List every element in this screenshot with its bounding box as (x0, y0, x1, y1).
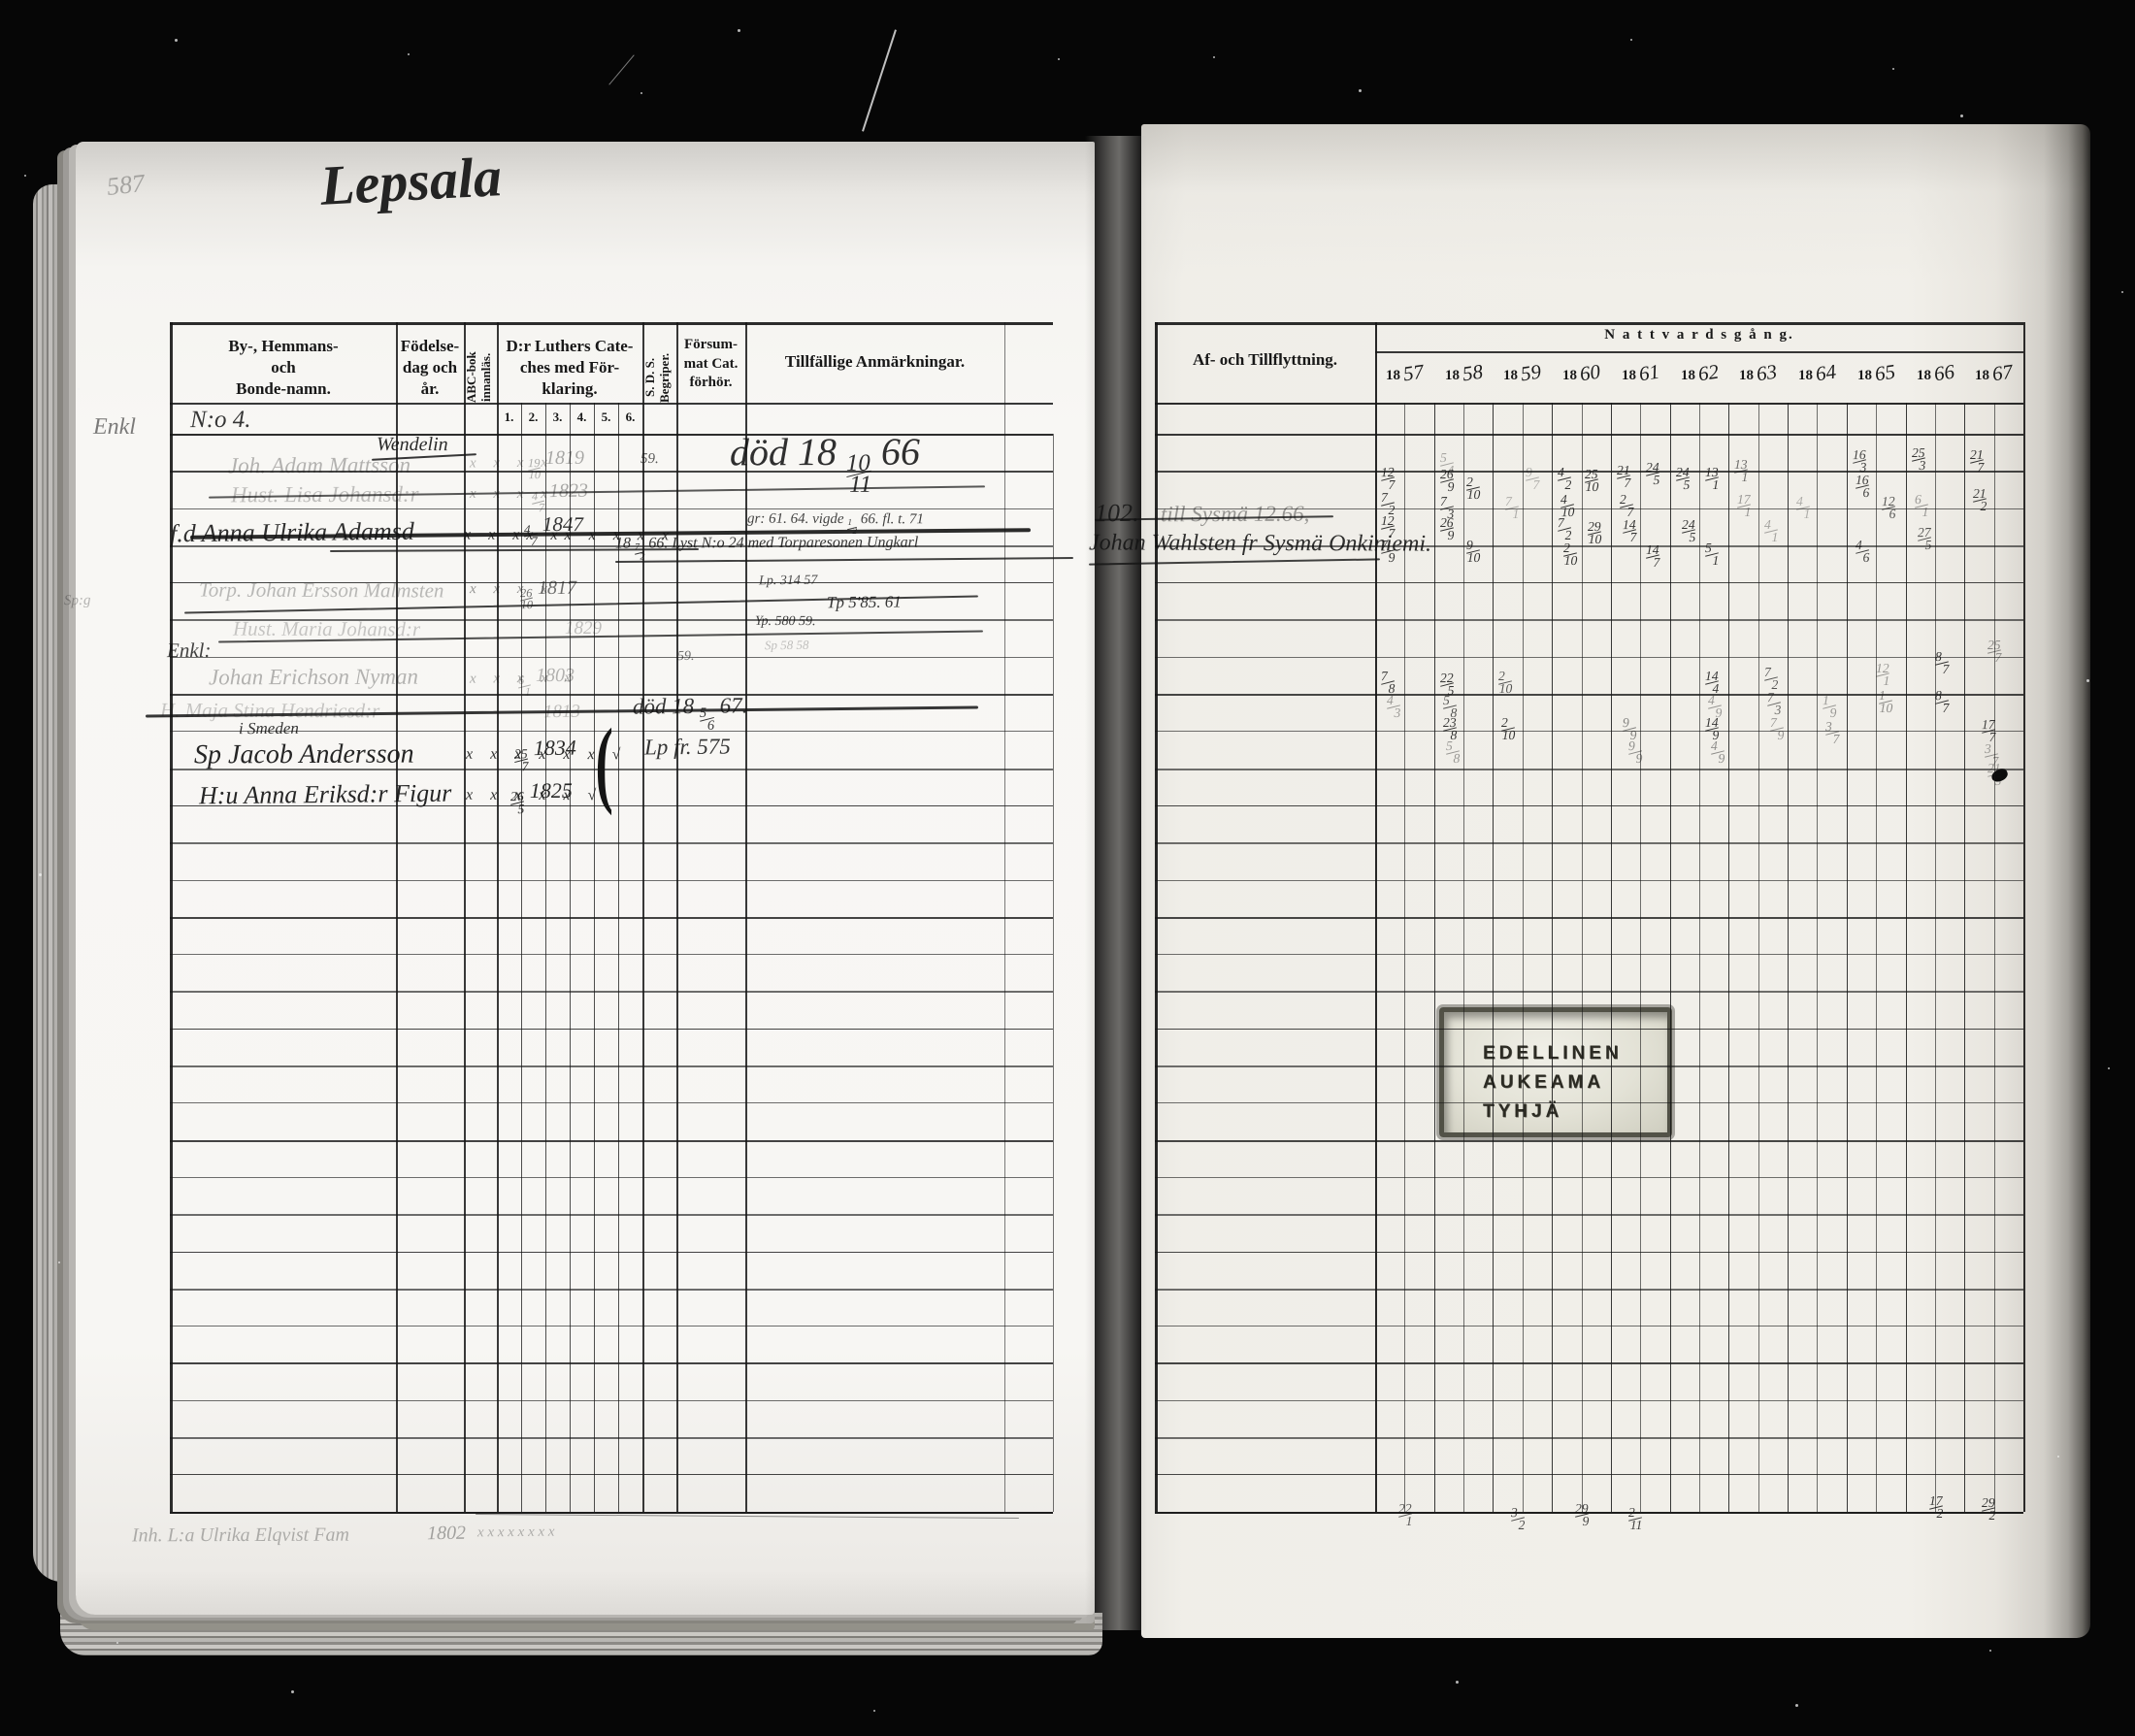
communion-mark: 41 (1764, 508, 1778, 543)
dust-speck (2057, 1456, 2059, 1458)
remark-note: 59. (677, 650, 695, 664)
dust-speck (1960, 115, 1963, 117)
remark-note: död 18 56 67. (633, 694, 748, 732)
dust-speck (1795, 1704, 1798, 1707)
table-rule (1155, 1177, 2023, 1178)
table-rule (618, 403, 619, 1512)
dust-speck (39, 873, 42, 876)
dust-speck (1892, 68, 1894, 70)
communion-mark: 299 (1575, 1492, 1589, 1527)
catechism-part-number: 4. (570, 409, 594, 426)
table-rule (170, 1102, 1053, 1103)
communion-mark: 910 (1466, 529, 1480, 564)
left-header-catechism: D:r Luthers Cate- ches med För- klaring. (498, 336, 641, 400)
table-rule (1155, 991, 2023, 993)
scanned-parish-register: 587 Lepsala By-, Hemmans- och Bonde-namn… (0, 0, 2135, 1736)
table-rule (1582, 403, 1583, 1512)
table-rule (170, 322, 1053, 325)
table-rule (1964, 403, 1965, 1512)
catechism-marks: x x x x x x √ (466, 747, 627, 764)
left-header-name: By-, Hemmans- och Bonde-namn. (172, 336, 395, 400)
table-rule (745, 322, 747, 1512)
previous-spread-empty-slip: EDELLINEN AUKEAMA TYHJÄ (1439, 1007, 1672, 1137)
table-rule (1817, 403, 1818, 1512)
table-rule (1004, 322, 1005, 1512)
table-rule (1155, 954, 2023, 955)
communion-mark: 43 (1387, 684, 1400, 719)
table-rule (570, 403, 571, 1512)
table-rule (170, 842, 1053, 844)
year-label: 1857 (1375, 361, 1434, 385)
right-header-moves: Af- och Tillflyttning. (1156, 349, 1374, 371)
communion-mark: 221 (1398, 1492, 1413, 1527)
page-title: Lepsala (319, 148, 504, 214)
communion-mark: 215 (1987, 752, 2002, 787)
table-rule (1670, 403, 1671, 1512)
communion-mark: 147 (1623, 508, 1637, 543)
dust-speck (58, 1261, 60, 1263)
communion-mark: 245 (1646, 451, 1659, 486)
table-rule (1155, 842, 2023, 844)
table-rule (1155, 1102, 2023, 1103)
table-rule (170, 322, 173, 1512)
communion-mark: 245 (1682, 508, 1695, 543)
table-rule (1155, 434, 2023, 436)
communion-mark: 110 (1879, 679, 1892, 714)
table-rule (170, 1140, 1053, 1142)
communion-mark: 210 (1501, 706, 1515, 741)
table-rule (170, 1362, 1053, 1364)
table-rule (1155, 1289, 2023, 1291)
dust-speck (2086, 679, 2089, 682)
table-rule (1155, 1512, 2023, 1514)
communion-mark: 275 (1918, 516, 1932, 551)
communion-mark: 131 (1705, 456, 1719, 491)
table-rule (170, 694, 1053, 696)
table-rule (1155, 694, 2023, 696)
table-rule (1155, 1362, 2023, 1364)
handwritten-entry: Johan Erichson Nyman (209, 666, 418, 689)
communion-mark: 257 (1987, 629, 2001, 664)
bottom-faint-entry: Inh. L:a Ulrika Elqvist Fam (132, 1525, 349, 1546)
table-rule (1155, 1400, 2023, 1401)
communion-mark: 58 (1446, 730, 1460, 765)
communion-mark: 171 (1737, 483, 1751, 518)
table-rule (642, 322, 644, 1512)
handwritten-entry: f.d Anna Ulrika Adamsd (170, 519, 414, 547)
table-rule (1788, 403, 1789, 1512)
table-rule (1155, 657, 2023, 658)
communion-mark: 217 (1970, 439, 1984, 474)
communion-mark: 212 (1973, 477, 1987, 512)
communion-mark: 210 (1563, 532, 1577, 567)
left-header-missed: Försum- mat Cat. förhör. (677, 336, 744, 393)
table-rule (1155, 1252, 2023, 1253)
table-rule (1404, 403, 1405, 1512)
communion-mark: 71 (1505, 485, 1519, 520)
communion-mark: 210 (1498, 660, 1512, 695)
table-rule (1155, 805, 2023, 806)
dust-speck (1456, 1681, 1459, 1684)
communion-mark: 87 (1935, 640, 1949, 675)
table-rule (1523, 403, 1524, 1512)
table-rule (1155, 880, 2023, 881)
communion-mark: 41 (1796, 485, 1810, 520)
table-rule (170, 1252, 1053, 1253)
catechism-marks: x x x x (470, 582, 554, 597)
table-rule (1463, 403, 1464, 1512)
catechism-part-number: 6. (618, 409, 642, 426)
right-header-communion: N a t t v a r d s g å n g. (1375, 326, 2023, 345)
communion-mark: 126 (1882, 485, 1896, 520)
communion-mark: 2510 (1585, 458, 1598, 493)
table-rule (464, 322, 466, 1512)
communion-mark: 147 (1646, 534, 1659, 569)
book-spine-gutter (1085, 136, 1147, 1630)
communion-mark: 87 (1935, 679, 1950, 714)
table-rule (1155, 322, 2023, 325)
table-rule (170, 1400, 1053, 1401)
table-rule (1728, 403, 1729, 1512)
table-rule (170, 917, 1053, 919)
catechism-marks: x x x x x √ (466, 788, 603, 803)
margin-note: Enkl: (167, 640, 212, 661)
table-rule (1375, 351, 2023, 353)
table-rule (170, 1029, 1053, 1030)
communion-mark: 210 (1466, 466, 1480, 501)
table-rule (1155, 1065, 2023, 1067)
catechism-part-number: 3. (545, 409, 570, 426)
table-rule (170, 1214, 1053, 1216)
table-rule (1640, 403, 1641, 1512)
table-rule (1155, 582, 2023, 583)
table-rule (170, 1512, 1053, 1514)
table-rule (170, 991, 1053, 993)
catechism-part-number: 5. (594, 409, 618, 426)
communion-mark: 32 (1511, 1496, 1526, 1531)
catechism-part-number: 2. (521, 409, 545, 426)
year-label: 1866 (1906, 361, 1965, 385)
table-rule (170, 1289, 1053, 1291)
table-rule (170, 880, 1053, 881)
page-stack-left-edge (33, 184, 76, 1582)
dust-speck (175, 39, 178, 42)
table-rule (170, 731, 1053, 732)
margin-note: Sp:g (64, 594, 91, 608)
dust-speck (738, 29, 740, 32)
communion-mark: 253 (1912, 437, 1925, 472)
left-header-remarks: Tillfällige Anmärkningar. (746, 351, 1003, 373)
year-label: 1864 (1788, 361, 1847, 385)
film-scratch (862, 29, 897, 131)
table-rule (1155, 1474, 2023, 1475)
year-label: 1860 (1552, 361, 1611, 385)
year-label: 1865 (1847, 361, 1906, 385)
handwritten-entry: H:u Anna Eriksd:r Figur (199, 781, 451, 809)
communion-mark: 49 (1711, 730, 1724, 765)
handwritten-entry: Hust. Maria Johansd:r (233, 619, 420, 640)
margin-note: Enkl (93, 415, 136, 439)
remark-note: Tp 5'85. 61 (827, 594, 902, 611)
remark-note: Lp fr. 575 (644, 736, 731, 759)
communion-mark: 2910 (1588, 510, 1601, 545)
communion-mark: 131 (1734, 448, 1748, 483)
table-rule (1155, 769, 2023, 770)
table-rule (170, 1474, 1053, 1475)
table-rule (1155, 322, 1158, 1512)
migration-note: till Sysmä 12.66, (1161, 503, 1309, 526)
communion-mark: 99 (1628, 730, 1643, 765)
communion-mark: 269 (1440, 507, 1454, 541)
year-label: 1859 (1493, 361, 1552, 385)
remark-note: Yp. 580 59. (755, 615, 816, 629)
table-rule (1552, 403, 1553, 1512)
table-rule (170, 657, 1053, 658)
table-rule (1434, 403, 1435, 1512)
communion-mark: 292 (1982, 1487, 1995, 1522)
year-label: 1867 (1964, 361, 2023, 385)
table-rule (1155, 1029, 2023, 1030)
handwritten-entry: Sp Jacob Andersson (194, 741, 414, 770)
catechism-part-number: 1. (497, 409, 521, 426)
dust-speck (116, 1642, 118, 1644)
migration-note: 102. (1095, 501, 1139, 526)
table-rule (1994, 403, 1995, 1512)
communion-mark: 51 (1705, 532, 1719, 567)
dust-speck (1058, 58, 1060, 60)
communion-mark: 172 (1929, 1485, 1943, 1520)
communion-mark: 79 (1770, 706, 1784, 741)
year-label: 1858 (1434, 361, 1494, 385)
catechism-marks: x x x x x (470, 671, 577, 686)
communion-mark: 46 (1856, 529, 1870, 564)
communion-mark: 97 (1526, 456, 1539, 491)
table-rule (1155, 1326, 2023, 1327)
dust-speck (291, 1690, 294, 1693)
table-rule (1906, 403, 1907, 1512)
table-rule (1375, 322, 1377, 1512)
remark-note: 59. (640, 452, 659, 467)
dust-speck (873, 1710, 875, 1712)
communion-mark: 37 (1825, 710, 1840, 745)
dust-speck (24, 175, 26, 177)
year-label: 1862 (1670, 361, 1729, 385)
table-rule (1155, 1140, 2023, 1142)
table-rule (1155, 403, 2023, 405)
table-rule (170, 508, 1053, 509)
communion-mark: 166 (1856, 464, 1869, 499)
table-rule (1155, 1214, 2023, 1216)
table-rule (521, 403, 522, 1512)
dust-speck (2121, 291, 2123, 293)
dust-speck (408, 53, 410, 55)
table-rule (1847, 403, 1848, 1512)
slip-line: AUKEAMA (1483, 1072, 1604, 1094)
handwritten-entry: Torp. Johan Ersson Malmsten (199, 580, 443, 602)
table-rule (170, 954, 1053, 955)
table-rule (170, 403, 1053, 405)
bottom-faint-entry: x x x x x x x x (477, 1525, 555, 1541)
year-label: 1861 (1611, 361, 1670, 385)
table-rule (170, 1437, 1053, 1439)
remark-note: Lp. 314 57 (759, 574, 817, 589)
catechism-marks: x x x x (470, 456, 554, 472)
year-label: 1863 (1728, 361, 1788, 385)
page-stack-bottom-edge (60, 1613, 1102, 1655)
table-rule (1493, 403, 1494, 1512)
left-header-birth: Födelse- dag och år. (397, 336, 463, 400)
bottom-faint-entry: 1802 (427, 1523, 466, 1543)
left-header-abc: ABC-bok innanläs. (465, 326, 496, 429)
table-rule (2023, 322, 2025, 1512)
table-rule (170, 1065, 1053, 1067)
dust-speck (2108, 1067, 2110, 1069)
dust-speck (640, 92, 642, 94)
dust-speck (1630, 39, 1632, 41)
communion-mark: 79 (1381, 529, 1396, 564)
dust-speck (78, 388, 80, 390)
table-rule (676, 322, 678, 1512)
dust-speck (1359, 89, 1362, 92)
table-rule (545, 403, 546, 1512)
table-rule (594, 403, 595, 1512)
table-rule (1155, 1437, 2023, 1439)
dust-speck (1213, 56, 1215, 58)
table-rule (1758, 403, 1759, 1512)
table-rule (1935, 403, 1936, 1512)
table-rule (170, 434, 1053, 436)
table-rule (1155, 619, 2023, 621)
table-rule (1155, 917, 2023, 919)
film-scratch (608, 54, 634, 84)
communion-mark: 61 (1915, 483, 1928, 518)
handwritten-entry: N:o 4. (190, 408, 251, 432)
table-rule (1611, 403, 1612, 1512)
left-header-understands: S. D. S. Begriper. (643, 326, 675, 429)
page-number: 587 (106, 171, 147, 200)
handwritten-entry: Wendelin (377, 435, 448, 454)
communion-mark: 211 (1628, 1496, 1642, 1531)
communion-mark: 245 (1676, 456, 1690, 491)
remark-note: Sp 58 58 (765, 639, 809, 651)
table-rule (1155, 731, 2023, 732)
table-rule (170, 1326, 1053, 1327)
dust-speck (1989, 1650, 1991, 1652)
table-rule (1699, 403, 1700, 1512)
table-rule (170, 1177, 1053, 1178)
table-rule (1876, 403, 1877, 1512)
handwritten-entry: i Smeden (239, 720, 299, 737)
table-rule (1053, 434, 1054, 1512)
